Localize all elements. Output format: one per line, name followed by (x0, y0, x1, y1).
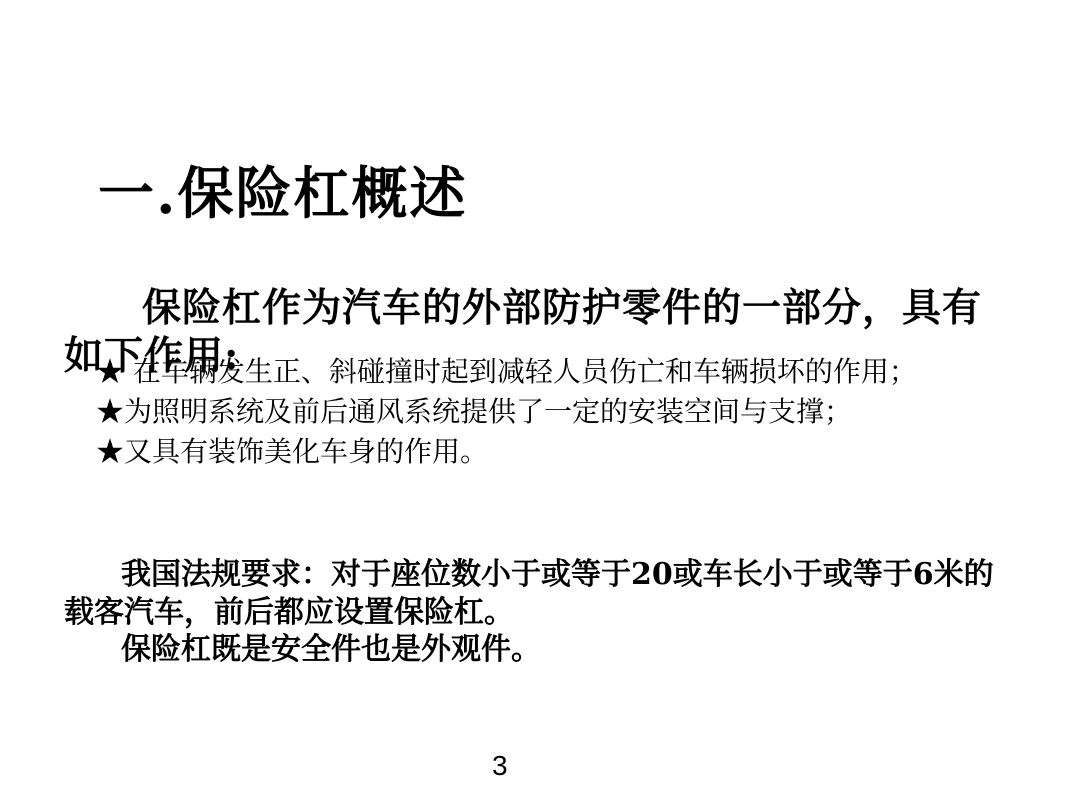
bullet-item: ★又具有装饰美化车身的作用。 (96, 432, 1006, 472)
bullet-item: ★为照明系统及前后通风系统提供了一定的安装空间与支撑； (96, 392, 1006, 432)
bullet-item: ★ 在车辆发生正、斜碰撞时起到减轻人员伤亡和车辆损坏的作用； (96, 352, 1006, 392)
regulation-paragraph: 我国法规要求：对于座位数小于或等于20或车长小于或等于6米的载客汽车，前后都应设… (64, 556, 1016, 631)
page-number: 3 (492, 750, 508, 782)
slide-title: 一.保险杠概述 (98, 150, 468, 230)
slide-canvas: 一.保险杠概述 保险杠作为汽车的外部防护零件的一部分，具有如下作用: ★ 在车辆… (0, 0, 1076, 807)
note-paragraph: 保险杠既是安全件也是外观件。 (64, 631, 1016, 669)
bullet-list: ★ 在车辆发生正、斜碰撞时起到减轻人员伤亡和车辆损坏的作用； ★为照明系统及前后… (96, 352, 1006, 472)
regulation-block: 我国法规要求：对于座位数小于或等于20或车长小于或等于6米的载客汽车，前后都应设… (64, 556, 1016, 669)
